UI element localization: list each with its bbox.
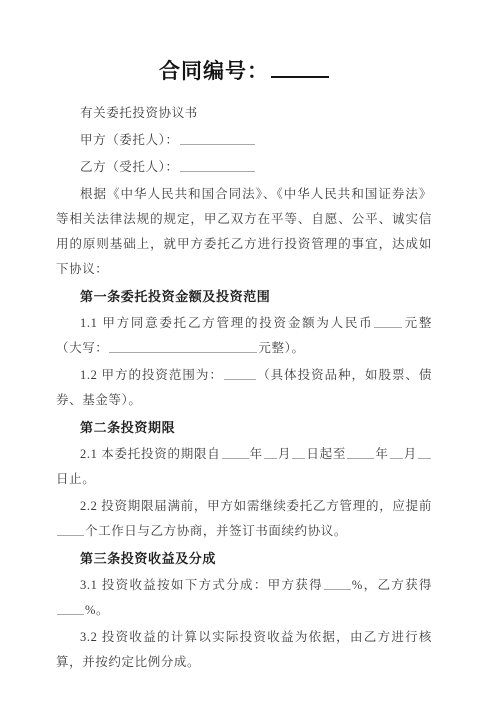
document-body: 有关委托投资协议书甲方（委托人）：乙方（受托人）：根据《中华人民共和国合同法》、… [56, 101, 432, 675]
text-run: 有关委托投资协议书 [80, 106, 198, 120]
blank-field [109, 339, 257, 353]
contract-number-blank [271, 61, 329, 78]
blank-field [224, 366, 256, 380]
text-run: 2.2 投资期限届满前，甲方如需继续委托乙方管理的，应提前 [80, 499, 432, 513]
section-heading: 第三条投资收益及分成 [56, 546, 432, 571]
text-run: 乙方（受托人）： [80, 160, 179, 174]
blank-field [222, 445, 249, 459]
text-run: 年 [375, 447, 388, 461]
blank-field [292, 445, 305, 459]
paragraph: 1.1 甲方同意委托乙方管理的投资金额为人民币元整（大写：元整）。 [56, 311, 432, 361]
contract-number-label: 合同编号： [159, 60, 269, 83]
text-run: 3.2 投资收益的计算以实际投资收益为依据，由乙方进行核算，并按约定比例分成。 [56, 630, 432, 669]
blank-field [57, 601, 84, 615]
contract-page: 合同编号： 有关委托投资协议书甲方（委托人）：乙方（受托人）：根据《中华人民共和… [0, 0, 500, 707]
paragraph: 乙方（受托人）： [56, 155, 432, 180]
paragraph: 甲方（委托人）： [56, 128, 432, 153]
text-run: 第二条投资期限 [80, 420, 175, 435]
text-run: 个工作日与乙方协商，并签订书面续约协议。 [85, 524, 347, 538]
section-heading: 第二条投资期限 [56, 415, 432, 440]
paragraph: 2.2 投资期限届满前，甲方如需继续委托乙方管理的，应提前个工作日与乙方协商，并… [56, 494, 432, 544]
text-run: 2.1 本委托投资的期限自 [80, 447, 221, 461]
text-run: 月 [404, 447, 417, 461]
paragraph: 1.2 甲方的投资范围为：（具体投资品种，如股票、债券、基金等）。 [56, 363, 432, 413]
blank-field [390, 445, 403, 459]
paragraph: 2.1 本委托投资的期限自年月日起至年月日止。 [56, 442, 432, 492]
blank-field [264, 445, 277, 459]
text-run: 元整）。 [258, 341, 304, 355]
text-run: %，乙方获得 [352, 578, 432, 592]
paragraph: 3.2 投资收益的计算以实际投资收益为依据，由乙方进行核算，并按约定比例分成。 [56, 625, 432, 675]
text-run: 1.1 甲方同意委托乙方管理的投资金额为人民币 [80, 316, 373, 330]
section-heading: 第一条委托投资金额及投资范围 [56, 284, 432, 309]
text-run: 日止。 [56, 472, 95, 486]
text-run: 第三条投资收益及分成 [80, 551, 216, 566]
text-run: 日起至 [306, 447, 346, 461]
text-run: %。 [85, 603, 109, 617]
blank-field [180, 131, 255, 145]
text-run: 根据《中华人民共和国合同法》、《中华人民共和国证券法》等相关法律法规的规定，甲乙… [56, 187, 432, 276]
text-run: 3.1 投资收益按如下方式分成：甲方获得 [80, 578, 323, 592]
paragraph: 根据《中华人民共和国合同法》、《中华人民共和国证券法》等相关法律法规的规定，甲乙… [56, 182, 432, 282]
text-run: 月 [278, 447, 291, 461]
blank-field [374, 314, 402, 328]
text-run: 1.2 甲方的投资范围为： [80, 368, 223, 382]
blank-field [347, 445, 374, 459]
blank-field [418, 445, 431, 459]
page-title: 合同编号： [56, 58, 432, 86]
text-run: 年 [250, 447, 263, 461]
blank-field [324, 576, 351, 590]
paragraph: 有关委托投资协议书 [56, 101, 432, 126]
text-run: 第一条委托投资金额及投资范围 [80, 289, 270, 304]
blank-field [180, 158, 255, 172]
blank-field [57, 522, 84, 536]
text-run: 甲方（委托人）： [80, 133, 179, 147]
paragraph: 3.1 投资收益按如下方式分成：甲方获得%，乙方获得%。 [56, 573, 432, 623]
